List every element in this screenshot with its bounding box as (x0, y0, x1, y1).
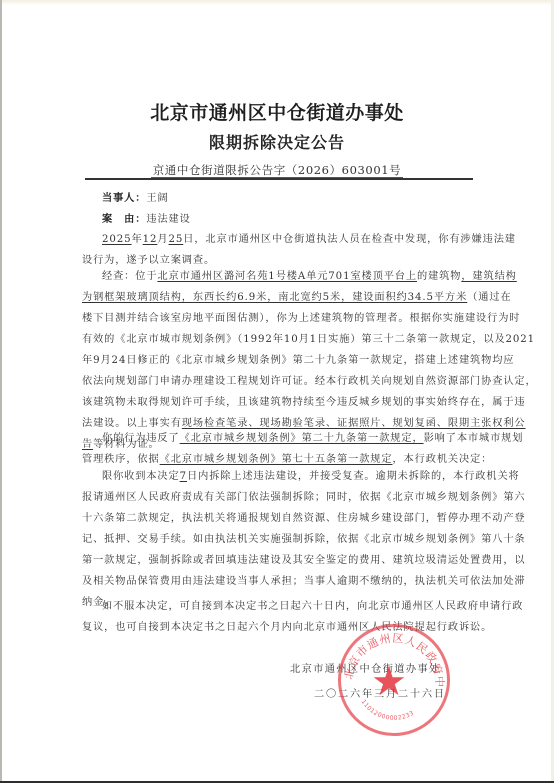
party-label: 当事人： (102, 192, 146, 204)
cause-line: 案 由：违法建设 (102, 209, 492, 230)
building-dimensions: 为钢框架玻璃顶结构，东西长约6.9米，南北宽约5米，建设面积约34.5平方米 (82, 292, 467, 303)
text-line: 及相关物品保管费用由违法建设当事人承担；当事人逾期不缴纳的，执法机关可依法加处滞 (82, 571, 472, 592)
text-segment: ，建筑结构 (461, 271, 516, 282)
cause-value: 违法建设 (146, 214, 190, 225)
text-line: 年9月24日修正的《北京市城乡规划条例》第二十九条第一款规定，搭建上述建筑物均应 (82, 350, 472, 371)
text-line: 楼下目测并结合该室房地平面图估测），你为上述建筑物的管理者。根据你实施建设行为时 (82, 308, 472, 329)
text-segment: 影响了本市城市规划 (424, 433, 524, 444)
text-line: 十六条第二款规定，执法机关将通报规划自然资源、住房城乡建设部门，暂停办理不动产登 (82, 508, 472, 529)
discovery-year: 2025 (102, 234, 132, 245)
discovery-day: 25 (168, 234, 183, 245)
text-segment: 月 (157, 234, 168, 245)
text-segment: 你的行为违反了 (102, 433, 180, 444)
text-segment: 日，北京市通州区中仓街道执法人员在检查中发现，你有涉嫌违法建 (183, 234, 516, 245)
text-line: 依法向规划部门申请办理建设工程规划许可证。经本行政机关向规划自然资源部门协查认定… (82, 371, 472, 392)
issuer-title: 北京市通州区中仓街道办事处 (0, 98, 554, 125)
text-line: 有效的《北京市城市规划条例》（1992年10月1日实施）第三十二条第一款规定，以… (82, 329, 472, 350)
text-segment: 日内拆除上述违法建设，并接受复查。逾期未拆除的，本行政机关将 (187, 471, 520, 482)
paragraph-findings: 经查：位于北京市通州区潞河名苑1号楼A单元701室楼顶平台上的建筑物，建筑结构 … (82, 266, 472, 455)
text-line: 第一款规定，强制拆除或者回填违法建设及其安全鉴定的费用、建筑垃圾清运处置费用，以 (82, 550, 472, 571)
notice-title: 限期拆除决定公告 (0, 130, 554, 153)
party-line: 当事人：王阔 (102, 188, 492, 209)
text-segment: 的建筑物 (417, 271, 461, 282)
legal-basis: 《北京市城乡规划条例》第七十五条第一款规定 (160, 454, 393, 465)
text-segment: ，本行政机关决定： (392, 454, 492, 465)
seal-text-icon: 北京市通州区人民政府中仓街道办事处 11012000002233 (338, 624, 450, 736)
paragraph-discovery: 2025年12月25日，北京市通州区中仓街道执法人员在检查中发现，你有涉嫌违法建… (82, 229, 472, 271)
text-line: 报请通州区人民政府责成有关部门依法强制拆除；同时，依据《北京市城乡规划条例》第六 (82, 487, 472, 508)
text-segment: 年 (132, 234, 143, 245)
text-segment: 管理秩序，依据 (82, 454, 160, 465)
discovery-month: 12 (143, 234, 158, 245)
violated-regulation: 《北京市城乡规划条例》第二十九条第一款规定， (180, 433, 424, 444)
text-line: 如不服本决定，可自接到本决定书之日起六十日内，向北京市通州区人民政府申请行政 (82, 596, 472, 617)
paragraph-decision: 限你收到本决定7日内拆除上述违法建设，并接受复查。逾期未拆除的，本行政机关将 报… (82, 466, 472, 613)
page-edge-top (0, 0, 554, 5)
document-number: 京通中仓街道限拆公告字（2026）603001号 (0, 162, 554, 178)
building-address: 北京市通州区潞河名苑1号楼A单元701室楼顶平台上 (157, 271, 417, 282)
text-segment: （通过在 (467, 292, 511, 303)
document-number-text: 京通中仓街道限拆公告字（2026）603001号 (151, 163, 404, 178)
text-line: 记、抵押、交易手续。如由执法机关实施强制拆除，依据《北京市城乡规划条例》第八十条 (82, 529, 472, 550)
party-name: 王阔 (146, 193, 168, 204)
svg-text:北京市通州区人民政府中仓街道办事处: 北京市通州区人民政府中仓街道办事处 (338, 624, 447, 688)
text-segment: 经查：位于 (102, 271, 157, 282)
text-segment: 限你收到本决定 (102, 471, 180, 482)
svg-text:11012000002233: 11012000002233 (360, 698, 416, 721)
cause-label: 案 由： (102, 213, 146, 225)
paragraph-violation: 你的行为违反了《北京市城乡规划条例》第二十九条第一款规定，影响了本市城市规划 管… (82, 428, 472, 470)
demolition-deadline-days: 7 (180, 471, 187, 482)
header-divider (85, 178, 473, 180)
text-line: 该建筑物未取得规划许可手续，且该建筑物持续至今违反城乡规划的事实始终存在，属于违 (82, 392, 472, 413)
